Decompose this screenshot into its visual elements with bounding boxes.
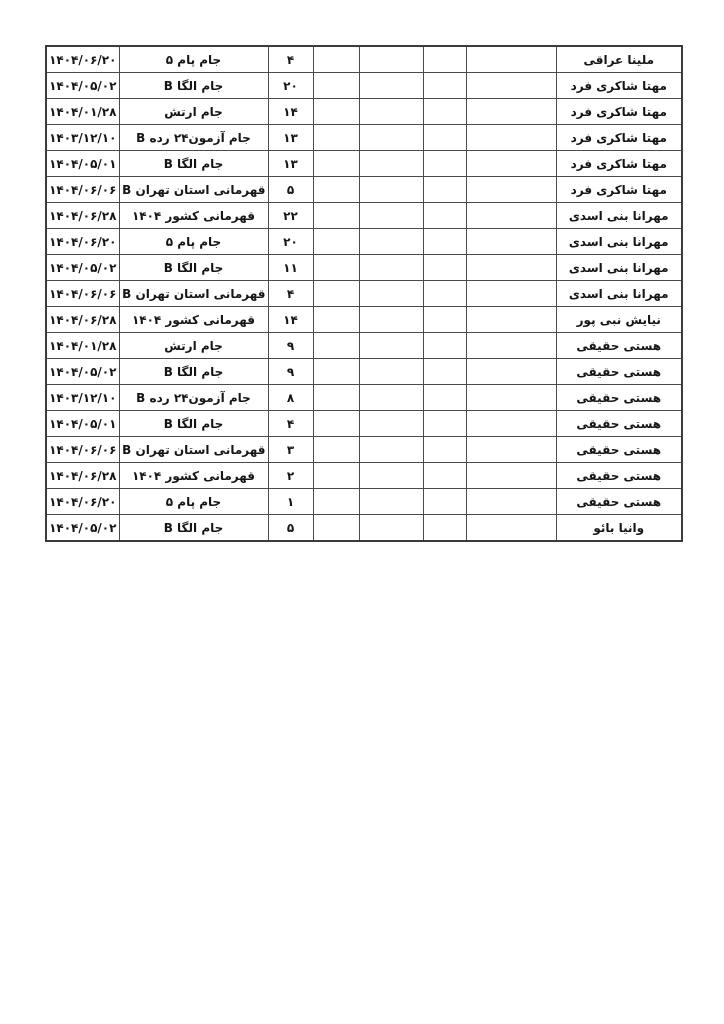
cell-player-name: هستی حقیقی [556,489,682,515]
cell-date: ۱۴۰۳/۱۲/۱۰ [46,385,119,411]
cell-empty-d [313,46,359,73]
cell-empty-c [359,99,423,125]
table-row: مهرانا بنی اسدی ۱۱ جام الگا B ۱۴۰۴/۰۵/۰۲ [46,255,682,281]
cell-empty-b [423,151,466,177]
cell-empty-a [466,307,556,333]
cell-count: ۵ [268,515,313,542]
cell-empty-d [313,411,359,437]
cell-player-name: مهرانا بنی اسدی [556,281,682,307]
cell-event-name: جام ارتش [119,99,268,125]
table-row: هستی حقیقی ۴ جام الگا B ۱۴۰۴/۰۵/۰۱ [46,411,682,437]
cell-empty-a [466,229,556,255]
cell-empty-d [313,437,359,463]
cell-empty-b [423,333,466,359]
cell-empty-b [423,411,466,437]
cell-empty-b [423,359,466,385]
cell-empty-c [359,359,423,385]
cell-event-name: جام الگا B [119,411,268,437]
cell-date: ۱۴۰۴/۰۵/۰۲ [46,255,119,281]
cell-empty-a [466,411,556,437]
cell-empty-b [423,203,466,229]
cell-empty-c [359,255,423,281]
cell-empty-d [313,177,359,203]
cell-count: ۴ [268,411,313,437]
cell-empty-b [423,177,466,203]
cell-date: ۱۴۰۴/۰۵/۰۱ [46,151,119,177]
cell-empty-c [359,437,423,463]
cell-count: ۱۳ [268,151,313,177]
cell-empty-a [466,125,556,151]
table-row: مهتا شاکری فرد ۱۳ جام آزمون۲۴ رده B ۱۴۰۳… [46,125,682,151]
table-row: هستی حقیقی ۸ جام آزمون۲۴ رده B ۱۴۰۳/۱۲/۱… [46,385,682,411]
cell-event-name: قهرمانی استان تهران B نوجوانان [119,177,268,203]
cell-event-name: قهرمانی کشور ۱۴۰۴ [119,203,268,229]
cell-player-name: ملینا عراقی [556,46,682,73]
cell-empty-a [466,73,556,99]
cell-event-name: جام پام ۵ [119,46,268,73]
cell-count: ۲ [268,463,313,489]
cell-count: ۹ [268,333,313,359]
cell-date: ۱۴۰۴/۰۱/۲۸ [46,333,119,359]
cell-empty-a [466,385,556,411]
cell-empty-a [466,515,556,542]
cell-empty-a [466,489,556,515]
cell-empty-c [359,151,423,177]
cell-empty-d [313,281,359,307]
cell-date: ۱۴۰۴/۰۱/۲۸ [46,99,119,125]
cell-empty-d [313,229,359,255]
cell-player-name: مهتا شاکری فرد [556,73,682,99]
cell-date: ۱۴۰۴/۰۶/۲۰ [46,229,119,255]
cell-player-name: هستی حقیقی [556,359,682,385]
cell-empty-c [359,463,423,489]
cell-empty-a [466,463,556,489]
cell-empty-c [359,229,423,255]
cell-player-name: هستی حقیقی [556,437,682,463]
cell-empty-a [466,177,556,203]
cell-event-name: جام آزمون۲۴ رده B [119,125,268,151]
cell-empty-d [313,359,359,385]
cell-empty-c [359,515,423,542]
cell-empty-a [466,437,556,463]
table-row: مهتا شاکری فرد ۵ قهرمانی استان تهران B ن… [46,177,682,203]
table-row: هستی حقیقی ۹ جام ارتش ۱۴۰۴/۰۱/۲۸ [46,333,682,359]
cell-empty-a [466,359,556,385]
table-row: مهتا شاکری فرد ۲۰ جام الگا B ۱۴۰۴/۰۵/۰۲ [46,73,682,99]
cell-empty-c [359,489,423,515]
results-table-body: ملینا عراقی ۴ جام پام ۵ ۱۴۰۴/۰۶/۲۰ مهتا … [46,46,682,541]
cell-count: ۵ [268,177,313,203]
cell-empty-a [466,281,556,307]
cell-empty-c [359,385,423,411]
cell-empty-c [359,281,423,307]
cell-count: ۲۰ [268,73,313,99]
cell-empty-c [359,411,423,437]
cell-empty-d [313,255,359,281]
cell-event-name: جام آزمون۲۴ رده B [119,385,268,411]
cell-empty-b [423,46,466,73]
cell-empty-b [423,125,466,151]
cell-empty-d [313,307,359,333]
cell-player-name: مهتا شاکری فرد [556,99,682,125]
cell-player-name: مهتا شاکری فرد [556,151,682,177]
cell-empty-c [359,177,423,203]
cell-empty-d [313,203,359,229]
cell-player-name: هستی حقیقی [556,411,682,437]
cell-player-name: نیایش نبی پور [556,307,682,333]
cell-date: ۱۴۰۴/۰۶/۲۸ [46,463,119,489]
cell-player-name: هستی حقیقی [556,385,682,411]
cell-date: ۱۴۰۴/۰۶/۲۰ [46,46,119,73]
cell-date: ۱۴۰۴/۰۵/۰۲ [46,73,119,99]
cell-count: ۹ [268,359,313,385]
cell-date: ۱۴۰۴/۰۵/۰۲ [46,515,119,542]
cell-empty-c [359,73,423,99]
cell-empty-a [466,151,556,177]
cell-count: ۸ [268,385,313,411]
cell-empty-a [466,99,556,125]
cell-empty-b [423,463,466,489]
cell-player-name: هستی حقیقی [556,333,682,359]
cell-event-name: قهرمانی استان تهران B نوجوانان [119,281,268,307]
cell-player-name: وانیا بائو [556,515,682,542]
cell-empty-b [423,437,466,463]
cell-count: ۱۱ [268,255,313,281]
cell-count: ۴ [268,281,313,307]
cell-empty-a [466,46,556,73]
cell-player-name: مهتا شاکری فرد [556,125,682,151]
cell-date: ۱۴۰۳/۱۲/۱۰ [46,125,119,151]
table-row: مهرانا بنی اسدی ۲۰ جام پام ۵ ۱۴۰۴/۰۶/۲۰ [46,229,682,255]
cell-empty-d [313,385,359,411]
cell-empty-d [313,73,359,99]
cell-event-name: جام الگا B [119,359,268,385]
cell-player-name: مهرانا بنی اسدی [556,255,682,281]
cell-event-name: جام ارتش [119,333,268,359]
cell-event-name: جام پام ۵ [119,229,268,255]
cell-count: ۲۰ [268,229,313,255]
cell-event-name: قهرمانی استان تهران B نوجوانان [119,437,268,463]
cell-event-name: جام الگا B [119,151,268,177]
cell-event-name: جام الگا B [119,515,268,542]
cell-date: ۱۴۰۴/۰۶/۰۶ [46,177,119,203]
cell-empty-b [423,307,466,333]
cell-count: ۴ [268,46,313,73]
table-row: مهرانا بنی اسدی ۲۲ قهرمانی کشور ۱۴۰۴ ۱۴۰… [46,203,682,229]
cell-empty-a [466,203,556,229]
table-row: هستی حقیقی ۹ جام الگا B ۱۴۰۴/۰۵/۰۲ [46,359,682,385]
cell-date: ۱۴۰۴/۰۶/۲۰ [46,489,119,515]
cell-empty-d [313,125,359,151]
cell-event-name: جام الگا B [119,73,268,99]
cell-empty-b [423,255,466,281]
table-row: نیایش نبی پور ۱۴ قهرمانی کشور ۱۴۰۴ ۱۴۰۴/… [46,307,682,333]
cell-date: ۱۴۰۴/۰۶/۲۸ [46,307,119,333]
table-row: وانیا بائو ۵ جام الگا B ۱۴۰۴/۰۵/۰۲ [46,515,682,542]
table-row: مهتا شاکری فرد ۱۴ جام ارتش ۱۴۰۴/۰۱/۲۸ [46,99,682,125]
cell-empty-d [313,489,359,515]
cell-date: ۱۴۰۴/۰۶/۲۸ [46,203,119,229]
cell-empty-b [423,73,466,99]
cell-count: ۱۳ [268,125,313,151]
cell-empty-a [466,333,556,359]
cell-player-name: مهتا شاکری فرد [556,177,682,203]
results-table: ملینا عراقی ۴ جام پام ۵ ۱۴۰۴/۰۶/۲۰ مهتا … [45,45,683,542]
cell-event-name: قهرمانی کشور ۱۴۰۴ [119,463,268,489]
table-row: هستی حقیقی ۱ جام پام ۵ ۱۴۰۴/۰۶/۲۰ [46,489,682,515]
table-row: مهرانا بنی اسدی ۴ قهرمانی استان تهران B … [46,281,682,307]
cell-count: ۱۴ [268,307,313,333]
cell-count: ۲۲ [268,203,313,229]
cell-empty-a [466,255,556,281]
cell-date: ۱۴۰۴/۰۵/۰۲ [46,359,119,385]
table-row: هستی حقیقی ۳ قهرمانی استان تهران B نوجوا… [46,437,682,463]
cell-empty-d [313,463,359,489]
cell-empty-b [423,99,466,125]
table-row: ملینا عراقی ۴ جام پام ۵ ۱۴۰۴/۰۶/۲۰ [46,46,682,73]
cell-empty-c [359,125,423,151]
cell-event-name: قهرمانی کشور ۱۴۰۴ [119,307,268,333]
cell-empty-d [313,99,359,125]
cell-empty-b [423,229,466,255]
cell-date: ۱۴۰۴/۰۶/۰۶ [46,437,119,463]
cell-count: ۳ [268,437,313,463]
cell-event-name: جام الگا B [119,255,268,281]
cell-date: ۱۴۰۴/۰۶/۰۶ [46,281,119,307]
cell-empty-c [359,333,423,359]
cell-empty-b [423,281,466,307]
cell-date: ۱۴۰۴/۰۵/۰۱ [46,411,119,437]
cell-empty-d [313,515,359,542]
table-row: مهتا شاکری فرد ۱۳ جام الگا B ۱۴۰۴/۰۵/۰۱ [46,151,682,177]
cell-count: ۱ [268,489,313,515]
document-page: ملینا عراقی ۴ جام پام ۵ ۱۴۰۴/۰۶/۲۰ مهتا … [0,0,724,1024]
cell-empty-b [423,515,466,542]
cell-empty-c [359,203,423,229]
cell-empty-b [423,489,466,515]
table-row: هستی حقیقی ۲ قهرمانی کشور ۱۴۰۴ ۱۴۰۴/۰۶/۲… [46,463,682,489]
cell-event-name: جام پام ۵ [119,489,268,515]
cell-empty-d [313,151,359,177]
cell-player-name: مهرانا بنی اسدی [556,203,682,229]
cell-empty-c [359,307,423,333]
cell-empty-b [423,385,466,411]
cell-count: ۱۴ [268,99,313,125]
cell-empty-d [313,333,359,359]
cell-empty-c [359,46,423,73]
cell-player-name: هستی حقیقی [556,463,682,489]
cell-player-name: مهرانا بنی اسدی [556,229,682,255]
